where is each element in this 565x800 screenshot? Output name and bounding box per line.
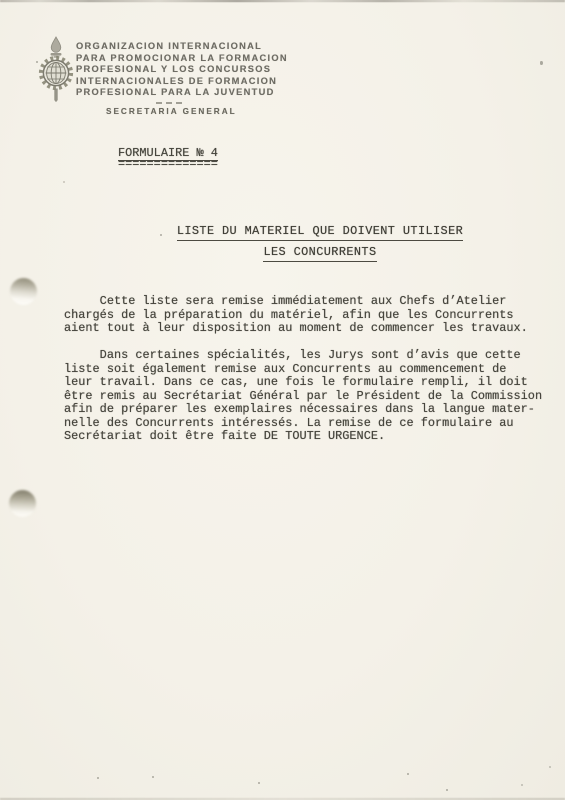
form-number: FORMULAIRE № 4 ============== [118,146,218,168]
letterhead-subtitle: SECRETARIA GENERAL [106,106,288,118]
paper-speck [97,777,99,779]
org-name-block: ORGANIZACION INTERNACIONAL PARA PROMOCIO… [76,41,288,118]
letterhead-divider [156,102,182,104]
document-title: LISTE DU MATERIEL QUE DOIVENT UTILISER L… [75,224,565,259]
org-emblem-icon [36,36,76,108]
org-name-line: PROFESIONAL PARA LA JUVENTUD [76,87,288,99]
paper-speck [521,784,523,786]
paper-speck [549,766,551,768]
paragraph-2: Dans certaines spécialités, les Jurys so… [64,349,542,444]
paper-speck [540,61,543,65]
document-title-row: LISTE DU MATERIEL QUE DOIVENT UTILISER [75,224,565,238]
document-title-line1: LISTE DU MATERIEL QUE DOIVENT UTILISER [177,224,463,241]
form-number-underline: ============== [118,161,218,168]
scan-top-edge-artifact [0,0,565,2]
punch-hole-top [10,278,37,305]
org-name-line: PROFESIONAL Y LOS CONCURSOS [76,64,288,76]
scanned-document-page: ORGANIZACION INTERNACIONAL PARA PROMOCIO… [0,0,565,800]
paper-speck [63,181,65,183]
paper-speck [446,789,448,791]
org-name-line: INTERNACIONALES DE FORMACION [76,76,288,88]
punch-hole-bottom [9,490,36,517]
paper-speck [152,776,154,778]
document-title-row: LES CONCURRENTS [75,245,565,259]
org-name-line: ORGANIZACION INTERNACIONAL [76,41,288,53]
paragraph-1: Cette liste sera remise immédiatement au… [64,295,528,336]
document-title-line2: LES CONCURRENTS [263,245,376,262]
paper-speck [258,782,260,784]
paper-speck [407,773,409,775]
org-name-line: PARA PROMOCIONAR LA FORMACION [76,53,288,65]
